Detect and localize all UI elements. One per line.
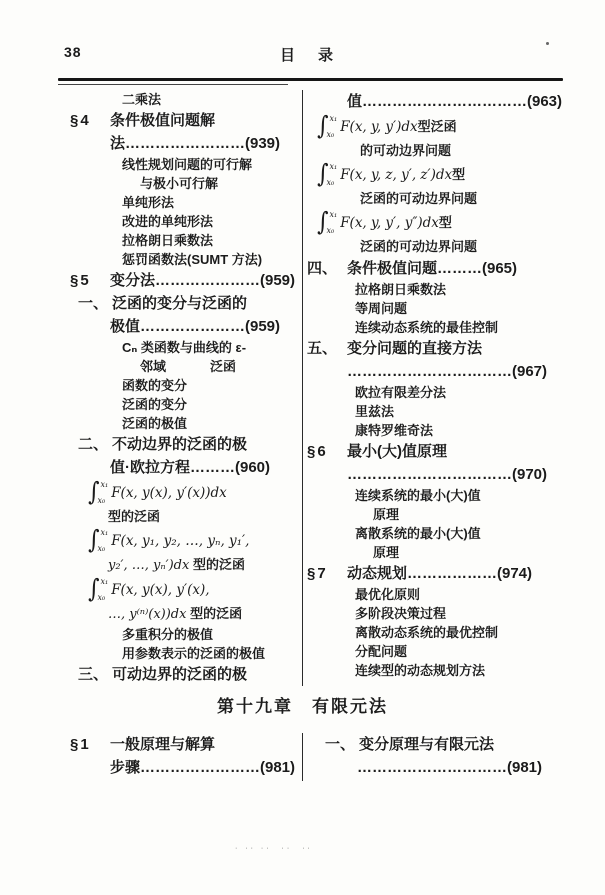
formula-cont: 泛函的可动边界问题 (307, 237, 565, 257)
toc-subentry: 惩罚函数法(SUMT 方法) (60, 250, 302, 269)
section-number: §7 (307, 562, 347, 585)
integral-upper-limit: x₁ (100, 529, 108, 537)
formula-body: F(x, y, z, y′, z′)dx (340, 162, 452, 188)
integral-lower-limit: x₀ (97, 545, 105, 553)
toc-entry-cont: 值……………………………(963) (307, 90, 565, 113)
toc-section-5: §5 变分法…………………(959) (60, 269, 302, 292)
integral-lower-limit: x₀ (326, 179, 334, 187)
toc-item-1-cont: 极值…………………(959) (60, 315, 302, 338)
toc-subentry: 欧拉有限差分法 (307, 383, 565, 402)
page-header: 38 目 录 (60, 44, 557, 66)
header-rule (58, 78, 563, 81)
section-title: 变分法…………………(959) (110, 269, 295, 292)
toc-columns: 二乘法 §4 条件极值问题解 法……………………(939) 线性规划问题的可行解… (60, 90, 565, 686)
toc-section-4: §4 条件极值问题解 (60, 109, 302, 132)
toc-formula: ∫ x₁ x₀ F(x, y, y′)dx 型泛函 (307, 113, 565, 141)
integral-limits: x₁ x₀ (100, 529, 108, 553)
formula-body: …, y⁽ⁿ⁾(x))dx (108, 607, 186, 622)
integral-limits: x₁ x₀ (329, 115, 337, 139)
toc-page: 38 目 录 二乘法 §4 条件极值问题解 法……………………(939) 线性规… (0, 0, 605, 895)
formula-body: y₂′, …, yₙ′)dx (108, 558, 189, 573)
toc-section-6-cont: ……………………………(970) (307, 463, 565, 486)
toc-formula: ∫ x₁ x₀ F(x, y, y′, y″)dx 型 (307, 209, 565, 237)
integral-upper-limit: x₁ (329, 163, 337, 171)
item-number: 四、 (307, 257, 347, 280)
section-number: §5 (70, 269, 110, 292)
toc-subentry: Cₙ 类函数与曲线的 ε- (60, 338, 302, 357)
chapter-heading: 第十九章 有限元法 (0, 692, 605, 717)
toc-section-1: §1 一般原理与解算 (60, 733, 302, 756)
toc-item-5: 五、 变分问题的直接方法 (307, 337, 565, 360)
toc-subentry: 分配问题 (307, 642, 565, 661)
print-artifact-dots: · ·· ·· ·· ·· (235, 843, 313, 853)
toc-item-1: 一、 变分原理与有限元法 (307, 733, 565, 756)
section-title: 条件极值问题解 (110, 109, 215, 132)
formula-body: F(x, y₁, y₂, …, yₙ, y₁′, (111, 528, 249, 554)
integral-lower-limit: x₀ (97, 594, 105, 602)
formula-cont: y₂′, …, yₙ′)dx 型的泛函 (60, 555, 302, 576)
integral-limits: x₁ x₀ (100, 481, 108, 505)
formula-body: F(x, y(x), y′(x))dx (111, 480, 227, 506)
item-title: 条件极值问题………(965) (347, 257, 517, 280)
item-number: 三、 (78, 663, 112, 686)
item-title: 不动边界的泛函的极 (112, 433, 247, 456)
toc-section-1-cont: 步骤……………………(981) (60, 756, 302, 779)
chapter-toc-columns: §1 一般原理与解算 步骤……………………(981) 一、 变分原理与有限元法 … (60, 733, 565, 781)
toc-subentry: 与极小可行解 (60, 174, 302, 193)
chapter-toc-left: §1 一般原理与解算 步骤……………………(981) (60, 733, 302, 779)
toc-subentry: 连续型的动态规划方法 (307, 661, 565, 680)
section-number: §1 (70, 733, 110, 756)
formula-body: F(x, y(x), y′(x), (111, 577, 209, 603)
section-number: §4 (70, 109, 110, 132)
item-number: 一、 (325, 733, 359, 756)
integral-limits: x₁ x₀ (329, 163, 337, 187)
toc-item-1-cont: …………………………(981) (307, 756, 565, 779)
toc-subentry: 康特罗维奇法 (307, 421, 565, 440)
formula-suffix: 型的泛函 (189, 557, 245, 572)
integral-lower-limit: x₀ (97, 497, 105, 505)
toc-subentry: 连续系统的最小(大)值 (307, 486, 565, 505)
print-speck (546, 42, 549, 45)
toc-item-5-cont: ……………………………(967) (307, 360, 565, 383)
section-title: 一般原理与解算 (110, 733, 215, 756)
toc-formula: ∫ x₁ x₀ F(x, y₁, y₂, …, yₙ, y₁′, (60, 527, 302, 555)
section-title: 最小(大)值原理 (347, 440, 447, 463)
header-rule-fragment (58, 84, 288, 85)
formula-body: F(x, y, y′, y″)dx (340, 210, 439, 236)
toc-formula: ∫ x₁ x₀ F(x, y, z, y′, z′)dx 型 (307, 161, 565, 189)
toc-left-column: 二乘法 §4 条件极值问题解 法……………………(939) 线性规划问题的可行解… (60, 90, 302, 686)
formula-cont: 型的泛函 (60, 507, 302, 527)
toc-section-7: §7 动态规划………………(974) (307, 562, 565, 585)
toc-subentry: 原理 (307, 505, 565, 524)
item-title: 变分问题的直接方法 (347, 337, 482, 360)
toc-subentry: 拉格朗日乘数法 (307, 280, 565, 299)
keyword: 泛函 (210, 357, 236, 376)
toc-subentry: 等周问题 (307, 299, 565, 318)
item-number: 五、 (307, 337, 347, 360)
integral-upper-limit: x₁ (100, 578, 108, 586)
toc-subentry: 用参数表示的泛函的极值 (60, 644, 302, 663)
toc-subentry: 多重积分的极值 (60, 625, 302, 644)
keyword: 邻域 (140, 357, 166, 376)
integral-upper-limit: x₁ (329, 211, 337, 219)
section-title: 动态规划………………(974) (347, 562, 532, 585)
item-title: 变分原理与有限元法 (359, 733, 494, 756)
toc-item-2-cont: 值·欧拉方程………(960) (60, 456, 302, 479)
chapter-toc-right: 一、 变分原理与有限元法 …………………………(981) (302, 733, 565, 781)
toc-formula: ∫ x₁ x₀ F(x, y(x), y′(x), (60, 576, 302, 604)
toc-subentry: 改进的单纯形法 (60, 212, 302, 231)
toc-subentry: 线性规划问题的可行解 (60, 155, 302, 174)
toc-subentry: 最优化原则 (307, 585, 565, 604)
item-title: 泛函的变分与泛函的 (112, 292, 247, 315)
formula-suffix: 型的泛函 (186, 606, 242, 621)
toc-subentry: 离散系统的最小(大)值 (307, 524, 565, 543)
toc-item-2: 二、 不动边界的泛函的极 (60, 433, 302, 456)
integral-upper-limit: x₁ (329, 115, 337, 123)
toc-formula: ∫ x₁ x₀ F(x, y(x), y′(x))dx (60, 479, 302, 507)
toc-section-4-cont: 法……………………(939) (60, 132, 302, 155)
toc-subentry: 函数的变分 (60, 376, 302, 395)
toc-item-4: 四、 条件极值问题………(965) (307, 257, 565, 280)
formula-cont: 泛函的可动边界问题 (307, 189, 565, 209)
toc-subentry: 原理 (307, 543, 565, 562)
formula-cont: 的可动边界问题 (307, 141, 565, 161)
toc-right-column: 值……………………………(963) ∫ x₁ x₀ F(x, y, y′)dx … (302, 90, 565, 686)
toc-subentry: 邻域 泛函 (60, 357, 302, 376)
formula-body: F(x, y, y′)dx (340, 114, 417, 140)
toc-subentry: 二乘法 (60, 90, 302, 109)
formula-suffix: 型泛函 (418, 114, 457, 140)
toc-subentry: 里兹法 (307, 402, 565, 421)
item-number: 一、 (78, 292, 112, 315)
item-title: 可动边界的泛函的极 (112, 663, 247, 686)
integral-limits: x₁ x₀ (329, 211, 337, 235)
item-number: 二、 (78, 433, 112, 456)
toc-subentry: 离散动态系统的最优控制 (307, 623, 565, 642)
toc-subentry: 泛函的变分 (60, 395, 302, 414)
integral-upper-limit: x₁ (100, 481, 108, 489)
toc-subentry: 泛函的极值 (60, 414, 302, 433)
toc-section-6: §6 最小(大)值原理 (307, 440, 565, 463)
page-title: 目 录 (60, 44, 557, 65)
toc-item-3: 三、 可动边界的泛函的极 (60, 663, 302, 686)
toc-subentry: 拉格朗日乘数法 (60, 231, 302, 250)
integral-limits: x₁ x₀ (100, 578, 108, 602)
toc-subentry: 连续动态系统的最佳控制 (307, 318, 565, 337)
formula-suffix: 型 (439, 210, 452, 236)
toc-subentry: 多阶段决策过程 (307, 604, 565, 623)
toc-subentry: 单纯形法 (60, 193, 302, 212)
integral-lower-limit: x₀ (326, 131, 334, 139)
integral-lower-limit: x₀ (326, 227, 334, 235)
toc-item-1: 一、 泛函的变分与泛函的 (60, 292, 302, 315)
section-number: §6 (307, 440, 347, 463)
formula-suffix: 型 (452, 162, 465, 188)
formula-cont: …, y⁽ⁿ⁾(x))dx 型的泛函 (60, 604, 302, 625)
